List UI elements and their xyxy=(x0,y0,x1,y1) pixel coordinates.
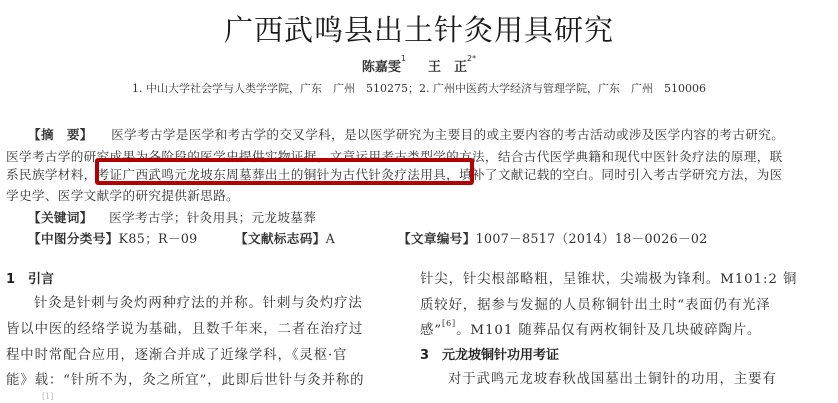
abstract-text: ，填补了文献记载的空白。同时引入考古学研究方法，为医 xyxy=(446,167,783,182)
body-line: 能》载：“针所不为，灸之所宜”，此即后世针与灸并称的 xyxy=(6,369,364,388)
article-no-label: 【文章编号】 xyxy=(398,231,476,246)
citation-mark: [6] xyxy=(442,319,456,328)
body-line: 程中时常配合应用，逐渐合并成了近缘学科，《灵枢·官 xyxy=(6,344,347,363)
section-heading-3: 3 元龙坡铜针功用考证 xyxy=(420,344,559,363)
section-heading-intro: 1 引言 xyxy=(6,268,54,287)
body-line: 质较好，据参与发掘的人员称铜针出土时“表面仍有光泽 xyxy=(420,294,771,313)
article-no-row: 【文章编号】1007－8517（2014）18－0026－02 xyxy=(398,228,708,247)
abstract-label: 【摘 要】 xyxy=(28,127,93,142)
body-line: 皆以中医的经络学说为基础，且数千年来，二者在治疗过 xyxy=(6,318,363,337)
body-line: 针灸是针刺与灸灼两种疗法的并称。针刺与灸灼疗法 xyxy=(34,292,363,311)
abstract-text: 医学考古学是医学和考古学的交叉学科，是以医学研究为主要目的或主要内容的考古活动或… xyxy=(111,127,784,142)
clc-row: 【中图分类号】K85；R－09 xyxy=(28,228,198,247)
article-no-value: 1007－8517（2014）18－0026－02 xyxy=(476,231,708,246)
author-name: 王 正 xyxy=(428,60,467,75)
body-text: 感” xyxy=(420,323,442,338)
author-affiliation-mark: 1 xyxy=(401,54,406,63)
affiliations: 1. 中山大学社会学与人类学学院，广东 广州 510275；2. 广州中医药大学… xyxy=(0,80,838,96)
clc-label: 【中图分类号】 xyxy=(28,231,119,246)
keywords-label: 【关键词】 xyxy=(28,210,93,225)
abstract-line-1: 【摘 要】 医学考古学是医学和考古学的交叉学科，是以医学研究为主要目的或主要内容… xyxy=(28,124,784,143)
keywords-row: 【关键词】 医学考古学；针灸用具；元龙坡墓葬 xyxy=(28,207,316,226)
paper-title: 广西武鸣县出土针灸用具研究 xyxy=(0,8,838,49)
author-list: 陈嘉雯1王 正2* xyxy=(0,56,838,75)
abstract-text: 系民族学材料， xyxy=(6,167,97,182)
abstract-line-4: 学史学、医学文献学的研究提供新思路。 xyxy=(6,185,239,204)
doc-code-label: 【文献标志码】 xyxy=(235,231,326,246)
author-name: 陈嘉雯 xyxy=(362,60,401,75)
doc-code-value: A xyxy=(326,231,335,246)
body-line: 针尖，针尖根部略粗，呈锥状，尖端极为锋利。M101:2 铜 xyxy=(420,268,797,287)
body-line: 对于武鸣元龙坡春秋战国墓出土铜针的功用，主要有 xyxy=(448,368,777,387)
body-text: 。M101 随葬品仅有两枚铜针及几块破碎陶片。 xyxy=(456,323,761,338)
red-highlight-box xyxy=(95,158,474,185)
cutoff-citation: [1] xyxy=(42,392,53,401)
doc-code-row: 【文献标志码】A xyxy=(235,228,335,247)
body-line: 感”[6]。M101 随葬品仅有两枚铜针及几块破碎陶片。 xyxy=(420,319,761,338)
clc-value: K85；R－09 xyxy=(119,231,198,246)
author-affiliation-mark: 2* xyxy=(467,54,476,63)
keywords-value: 医学考古学；针灸用具；元龙坡墓葬 xyxy=(109,210,316,225)
